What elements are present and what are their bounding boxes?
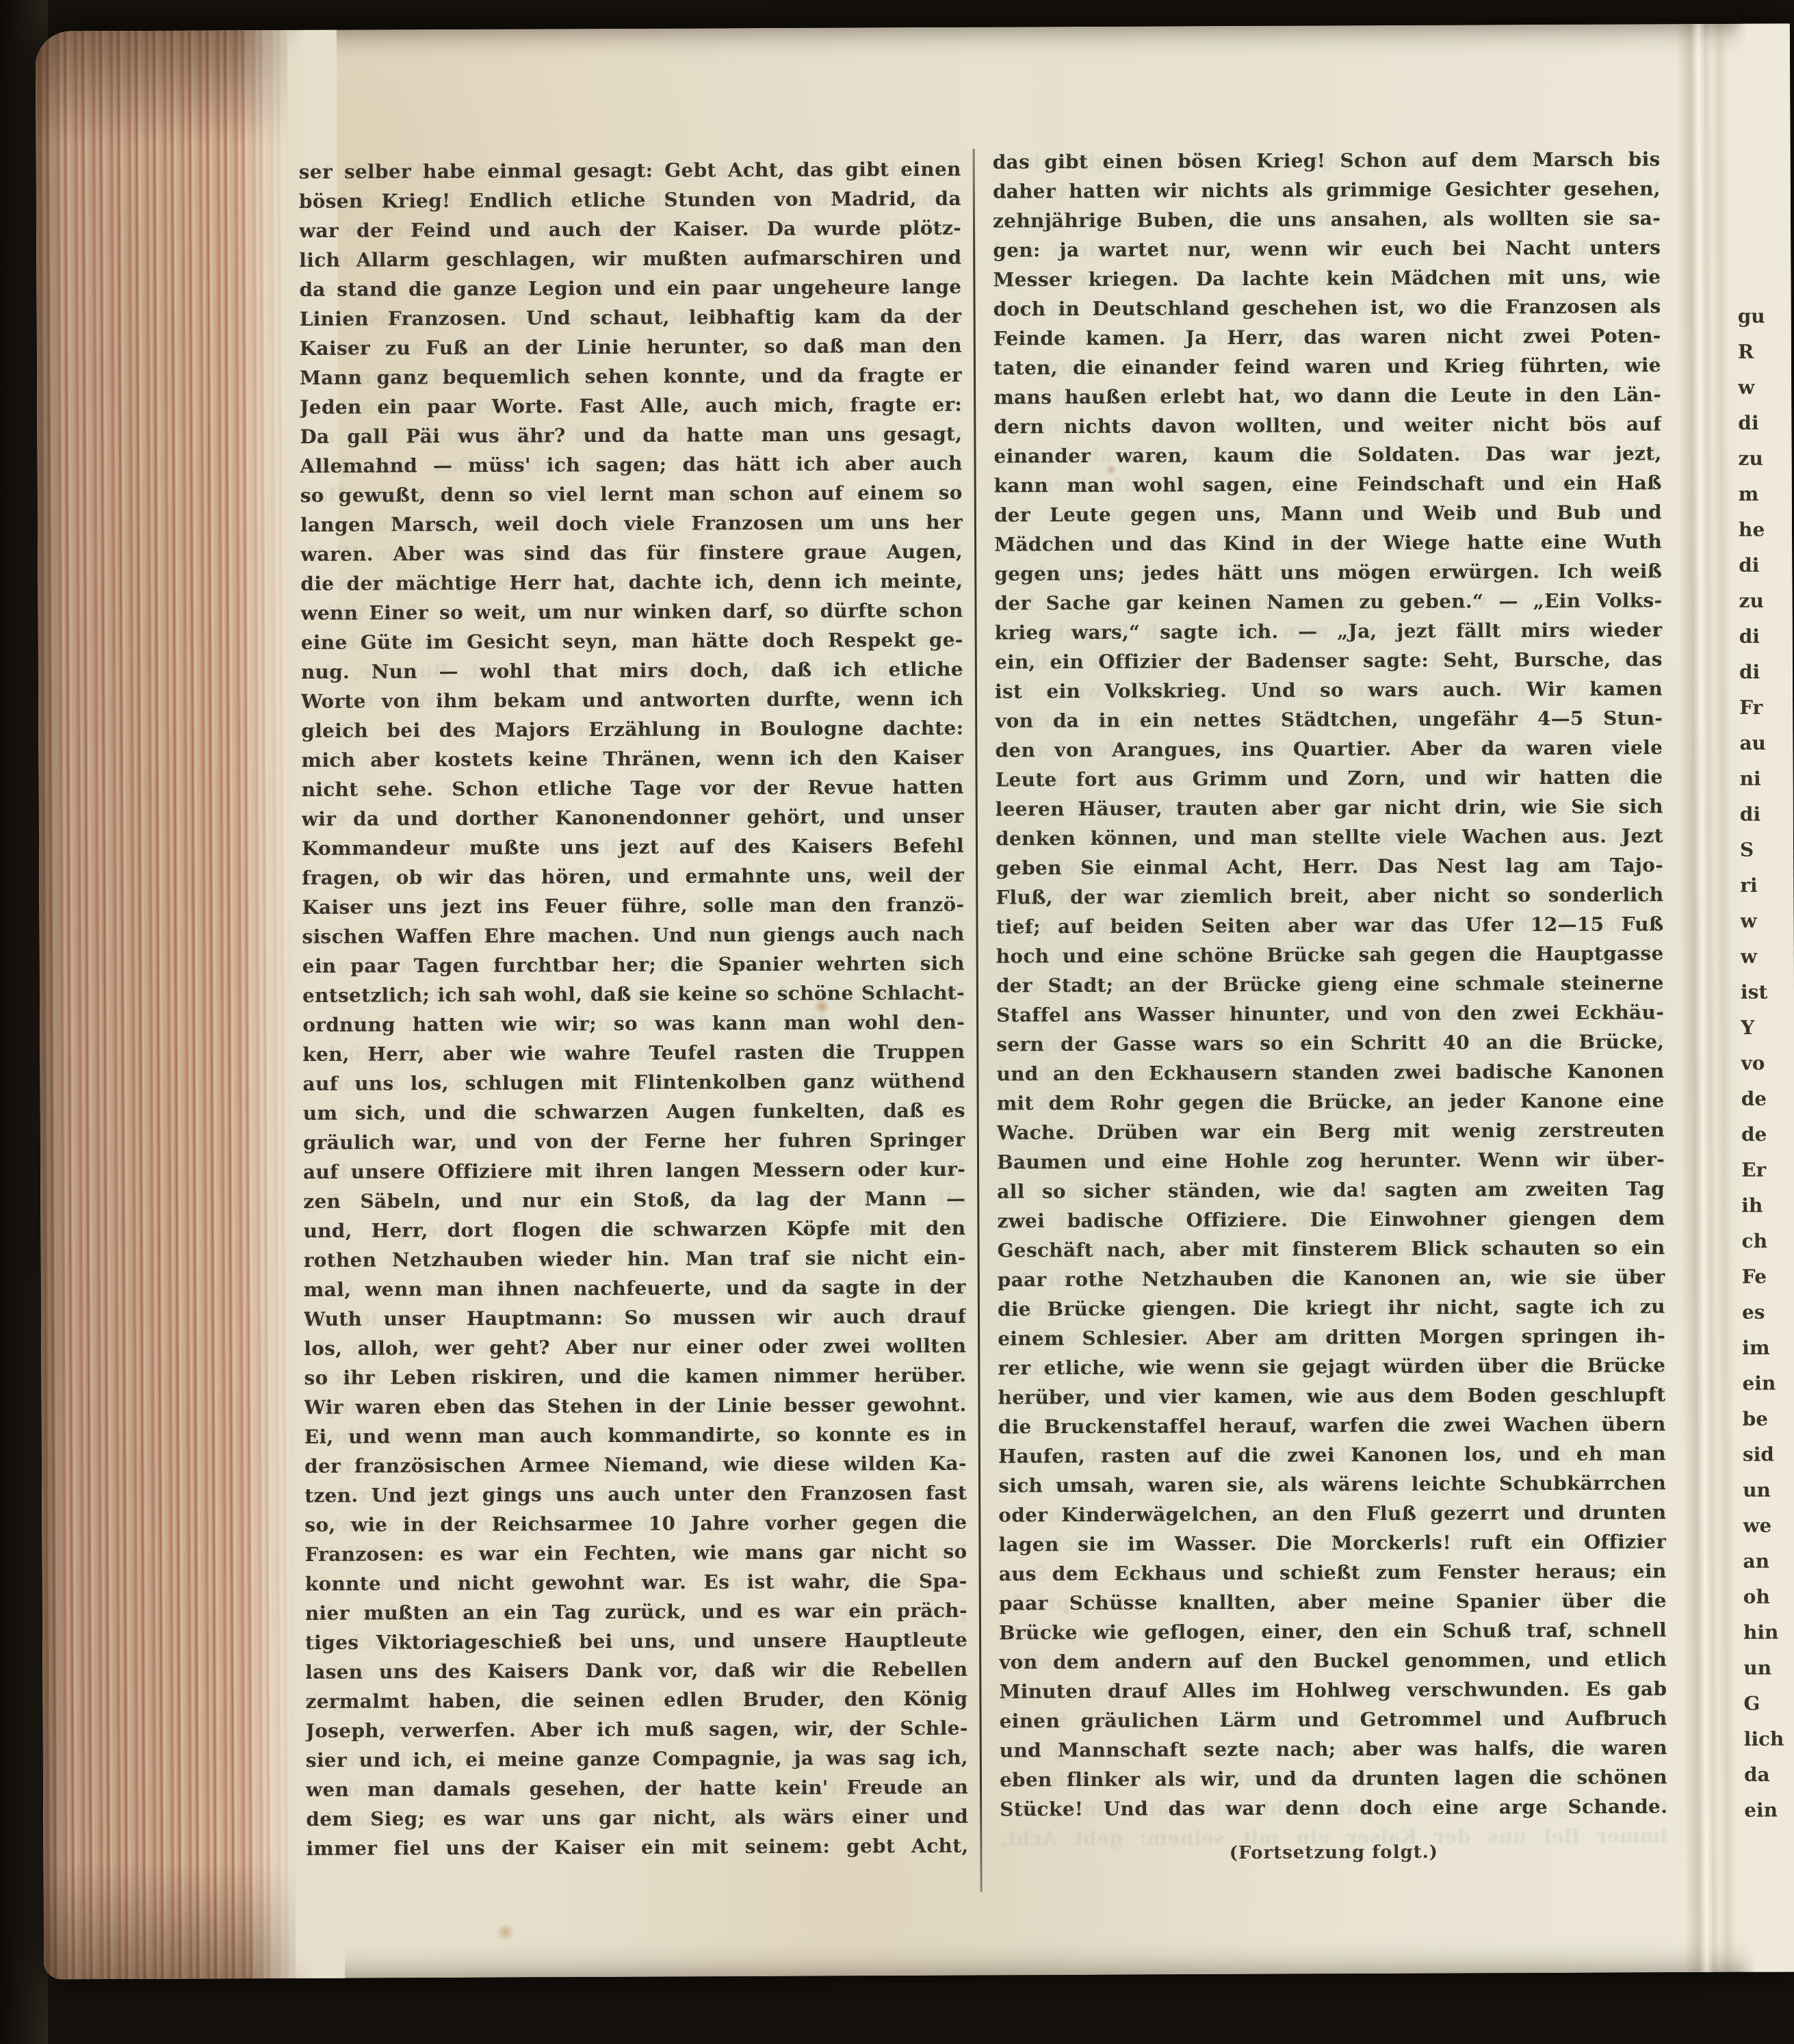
- text-line: und Mannschaft sezte nach; aber was half…: [1000, 1733, 1667, 1765]
- text-line: Da gall Päi wus ähr? und da hatte man un…: [300, 419, 962, 451]
- text-line: Worte von ihm bekam und antworten durfte…: [301, 684, 963, 716]
- column-divider-rule: [973, 149, 983, 1892]
- text-line: Wir waren eben das Stehen in der Linie b…: [304, 1390, 966, 1422]
- text-line: sich umsah, waren sie, als wärens leicht…: [998, 1468, 1666, 1500]
- text-line: oder Kinderwägelchen, an den Fluß gezerr…: [998, 1497, 1666, 1530]
- text-line: leeren Häuser, trauten aber gar nicht dr…: [996, 791, 1663, 824]
- edge-fragment: de: [1741, 1081, 1794, 1116]
- text-line: einem Schlesier. Aber am dritten Morgen …: [998, 1321, 1665, 1353]
- text-line: Geschäft nach, aber mit finsterem Blick …: [997, 1233, 1665, 1265]
- text-line: war der Feind und auch der Kaiser. Da wu…: [299, 213, 961, 246]
- edge-fragment: w: [1738, 369, 1791, 405]
- text-line: denken können, und man stellte viele Wac…: [996, 821, 1663, 853]
- text-line: ein, ein Offizier der Badenser sagte: Se…: [995, 644, 1663, 677]
- text-line: mit dem Rohr gegen die Brücke, an jeder …: [997, 1086, 1665, 1118]
- text-line: daher hatten wir nichts als grimmige Ges…: [993, 174, 1661, 206]
- text-line: immer fiel uns der Kaiser ein mit seinem…: [306, 1831, 968, 1863]
- edge-fragment: m: [1739, 476, 1792, 512]
- text-line: Fluß, der war ziemlich breit, aber nicht…: [996, 880, 1663, 912]
- text-line: konnte und nicht gewohnt war. Es ist wah…: [305, 1567, 967, 1599]
- text-line: sier und ich, ei meine ganze Compagnie, …: [306, 1743, 968, 1775]
- text-line: geben Sie einmal Acht, Herr. Das Nest la…: [996, 850, 1663, 882]
- text-line: das gibt einen bösen Krieg! Schon auf de…: [993, 144, 1661, 176]
- edge-fragment: he: [1739, 512, 1792, 547]
- text-line: wir da und dorther Kanonendonner gehört,…: [302, 802, 964, 834]
- text-line: Franzosen: es war ein Fechten, wie mans …: [304, 1537, 967, 1569]
- text-line: fragen, ob wir das hören, und ermahnte u…: [302, 861, 964, 893]
- text-line: Feinde kamen. Ja Herr, das waren nicht z…: [993, 321, 1661, 353]
- edge-fragment: R: [1738, 334, 1791, 369]
- paper-stain: [1105, 464, 1117, 475]
- continuation-note-wrap: (Fortsetzung folgt.): [1000, 1826, 1667, 1864]
- text-line: gleich bei des Majors Erzählung in Boulo…: [301, 713, 963, 746]
- text-line: taten, die einander feind waren und Krie…: [993, 350, 1661, 382]
- text-line: der Stadt; an der Brücke gieng eine schm…: [996, 968, 1664, 1000]
- edge-fragment: da: [1744, 1757, 1794, 1792]
- text-line: gräulich war, und von der Ferne her fuhr…: [303, 1125, 965, 1157]
- text-line: die Brücke giengen. Die kriegt ihr nicht…: [998, 1292, 1665, 1324]
- edge-fragment: gu: [1738, 298, 1791, 334]
- edge-fragment: ni: [1739, 761, 1793, 796]
- text-line: tiges Viktoriageschieß bei uns, und unse…: [305, 1625, 967, 1658]
- text-line: so gewußt, denn so viel lernt man schon …: [300, 478, 963, 510]
- text-line: die Bruckenstaffel herauf, warfen die zw…: [998, 1409, 1666, 1441]
- text-line: herüber, und vier kamen, wie aus dem Bod…: [998, 1380, 1665, 1412]
- edge-fragment: zu: [1739, 583, 1792, 618]
- text-line: da stand die ganze Legion und ein paar u…: [299, 272, 961, 304]
- text-line: langen Marsch, weil doch viele Franzosen…: [300, 508, 963, 540]
- text-line: ser selber habe einmal gesagt: Gebt Acht…: [299, 155, 961, 187]
- text-line: Baumen und eine Hohle zog herunter. Wenn…: [997, 1144, 1665, 1177]
- text-line: ist ein Volkskrieg. Und so wars auch. Wi…: [995, 674, 1663, 706]
- text-line: tzen. Und jezt gings uns auch unter den …: [304, 1478, 967, 1510]
- edge-fragment: sid: [1743, 1437, 1794, 1472]
- edge-fragment: au: [1739, 725, 1793, 761]
- edge-fragment: vo: [1741, 1045, 1794, 1081]
- text-line: so, wie in der Reichsarmee 10 Jahre vorh…: [304, 1508, 967, 1540]
- text-line: krieg wars,“ sagte ich. — „Ja, jezt fäll…: [995, 615, 1663, 647]
- edge-fragment: hin: [1743, 1614, 1794, 1650]
- text-line: lagen sie im Wasser. Die Morckerls! ruft…: [998, 1527, 1666, 1559]
- text-line: Allemahnd — müss' ich sagen; das hätt ic…: [300, 449, 962, 481]
- text-line: sern der Gasse wars so ein Schritt 40 an…: [996, 1027, 1664, 1059]
- edge-fragment: oh: [1743, 1579, 1794, 1614]
- text-line: und an den Eckhausern standen zwei badis…: [996, 1056, 1664, 1088]
- text-line: lich Allarm geschlagen, wir mußten aufma…: [299, 243, 961, 275]
- text-line: Wuth unser Hauptmann: So mussen wir auch…: [304, 1302, 966, 1334]
- paper-stain: [813, 999, 831, 1014]
- text-line: Wache. Drüben war ein Berg mit wenig zer…: [997, 1115, 1665, 1147]
- text-line: zen Säbeln, und nur ein Stoß, da lag der…: [303, 1184, 965, 1216]
- edge-fragment: lich: [1744, 1721, 1794, 1757]
- edge-fragment: w: [1740, 903, 1793, 939]
- text-line: rer etliche, wie wenn sie gejagt würden …: [998, 1350, 1665, 1383]
- edge-fragment: ist: [1741, 974, 1794, 1010]
- edge-fragment: Er: [1741, 1152, 1794, 1188]
- text-line: ordnung hatten wie wir; so was kann man …: [302, 1008, 965, 1040]
- text-line: von da in ein nettes Städtchen, ungefähr…: [995, 703, 1663, 735]
- text-column-right: das gibt einen bösen Krieg! Schon auf de…: [993, 144, 1668, 1824]
- edge-fragment: de: [1741, 1116, 1794, 1152]
- text-line: Messer kriegen. Da lachte kein Mädchen m…: [993, 262, 1661, 294]
- edge-fragment: ih: [1741, 1188, 1794, 1223]
- edge-fragment: ein: [1744, 1792, 1794, 1828]
- edge-fragment: w: [1741, 939, 1794, 974]
- text-line: mal, wenn man ihnen nachfeuerte, und da …: [304, 1272, 966, 1305]
- edge-fragment: di: [1740, 796, 1793, 832]
- text-line: Jeden ein paar Worte. Fast Alle, auch mi…: [300, 390, 962, 422]
- text-line: auf uns los, schlugen mit Flintenkolben …: [302, 1066, 965, 1099]
- text-line: hoch und eine schöne Brücke sah gegen di…: [996, 939, 1664, 971]
- text-line: Ei, und wenn man auch kommandirte, so ko…: [304, 1419, 967, 1452]
- text-line: paar Schüsse knallten, aber meine Spanie…: [999, 1586, 1667, 1618]
- edge-fragment: di: [1739, 618, 1793, 654]
- text-line: ein paar Tagen furchtbar her; die Spanie…: [302, 949, 965, 981]
- text-line: Mädchen und das Kind in der Wiege hatte …: [994, 527, 1662, 559]
- text-line: Stücke! Und das war denn doch eine arge …: [1000, 1792, 1667, 1824]
- text-line: nier mußten an ein Tag zurück, und es wa…: [305, 1596, 967, 1628]
- text-line: eine Güte im Gesicht seyn, man hätte doc…: [301, 625, 963, 657]
- text-line: Kaiser uns jezt ins Feuer führe, solle m…: [302, 890, 964, 922]
- text-line: mich aber kostets keine Thränen, wenn ic…: [301, 743, 963, 775]
- text-line: lasen uns des Kaisers Dank vor, daß wir …: [305, 1655, 967, 1687]
- book-page: das gibt einen bösen Krieg! Schon auf de…: [36, 23, 1794, 1979]
- text-line: und, Herr, dort flogen die schwarzen Köp…: [303, 1214, 965, 1246]
- text-line: entsetzlich; ich sah wohl, daß sie keine…: [302, 978, 965, 1010]
- text-line: doch in Deutschland geschehen ist, wo di…: [993, 291, 1661, 324]
- edge-fragment: di: [1739, 547, 1792, 583]
- edge-fragment: ch: [1741, 1223, 1794, 1259]
- text-line: nicht sehe. Schon etliche Tage vor der R…: [302, 772, 964, 804]
- text-line: mans haußen erlebt hat, wo dann die Leut…: [993, 380, 1661, 412]
- edge-fragment: ein: [1742, 1365, 1794, 1401]
- text-line: einander waren, kaum die Soldaten. Das w…: [993, 438, 1661, 471]
- edge-fragment: ri: [1740, 867, 1793, 903]
- text-line: ken, Herr, aber wie wahre Teufel rasten …: [302, 1037, 965, 1069]
- text-line: zehnjährige Buben, die uns ansahen, als …: [993, 203, 1661, 235]
- edge-fragment: Fr: [1739, 690, 1793, 725]
- text-line: Kaiser zu Fuß an der Linie herunter, so …: [300, 331, 962, 363]
- text-line: gegen uns; jedes hätt uns mögen erwürgen…: [994, 556, 1662, 588]
- text-line: der französischen Armee Niemand, wie die…: [304, 1449, 967, 1481]
- edge-fragment: di: [1739, 654, 1793, 690]
- text-line: der Leute gegen uns, Mann und Weib und B…: [994, 497, 1662, 529]
- text-line: Brücke wie geflogen, einer, den ein Schu…: [999, 1615, 1667, 1647]
- next-page-line-fragments: guRwdizumhedizudidiFraunidiSriwwistYvode…: [1738, 298, 1794, 1828]
- text-line: nug. Nun — wohl that mirs doch, daß ich …: [301, 655, 963, 687]
- scanned-book-page-screenshot: { "page": { "kind": "Gescannte Buchseite…: [0, 0, 1794, 2044]
- text-line: bösen Krieg! Endlich etliche Stunden von…: [299, 184, 961, 216]
- text-line: sischen Waffen Ehre machen. Und nun gien…: [302, 919, 964, 952]
- edge-fragment: an: [1743, 1543, 1794, 1579]
- text-line: Leute fort aus Grimm und Zorn, und wir h…: [995, 762, 1663, 794]
- text-line: aus dem Eckhaus und schießt zum Fenster …: [999, 1556, 1667, 1588]
- edge-fragment: be: [1743, 1401, 1794, 1437]
- continuation-note: (Fortsetzung folgt.): [1000, 1841, 1667, 1864]
- text-line: Joseph, verwerfen. Aber ich muß sagen, w…: [306, 1714, 968, 1746]
- edge-fragment: Y: [1741, 1010, 1794, 1045]
- edge-fragment: we: [1743, 1508, 1794, 1543]
- text-line: der Sache gar keinen Namen zu geben.“ — …: [994, 586, 1662, 618]
- edge-fragment: im: [1742, 1330, 1794, 1365]
- edge-fragment: zu: [1738, 441, 1791, 476]
- text-line: tief; auf beiden Seiten aber war das Ufe…: [996, 909, 1663, 941]
- text-line: Kommandeur mußte uns jezt auf des Kaiser…: [302, 831, 964, 863]
- text-line: Minuten drauf Alles im Hohlweg verschwun…: [999, 1674, 1667, 1706]
- text-line: den von Arangues, ins Quartier. Aber da …: [995, 733, 1663, 765]
- text-line: wen man damals gesehen, der hatte kein' …: [306, 1772, 968, 1805]
- paper-stain: [495, 1924, 516, 1941]
- edge-fragment: Fe: [1742, 1259, 1794, 1294]
- edge-fragment: S: [1740, 832, 1793, 867]
- text-line: eben flinker als wir, und da drunten lag…: [1000, 1762, 1667, 1794]
- edge-fragment: un: [1743, 1650, 1794, 1686]
- edge-fragment: un: [1743, 1472, 1794, 1508]
- text-line: zwei badische Offiziere. Die Einwohner g…: [997, 1203, 1665, 1235]
- edge-fragment: es: [1742, 1294, 1794, 1330]
- text-line: paar rothe Netzhauben die Kanonen an, wi…: [998, 1262, 1665, 1294]
- text-line: Staffel ans Wasser hinunter, und von den…: [996, 997, 1664, 1030]
- text-line: Mann ganz bequemlich sehen konnte, und d…: [300, 361, 962, 393]
- text-line: dern nichts davon wollten, und weiter ni…: [993, 409, 1661, 441]
- edge-fragment: di: [1738, 405, 1791, 441]
- text-line: Haufen, rasten auf die zwei Kanonen los,…: [998, 1439, 1666, 1471]
- text-line: zermalmt haben, die seinen edlen Bruder,…: [305, 1684, 967, 1716]
- text-column-left: ser selber habe einmal gesagt: Gebt Acht…: [299, 155, 969, 1863]
- text-line: dem Sieg; es war uns gar nicht, als wärs…: [306, 1802, 968, 1834]
- text-line: einen gräulichen Lärm und Getrommel und …: [999, 1703, 1667, 1735]
- text-line: so ihr Leben riskiren, und die kamen nim…: [304, 1361, 966, 1393]
- text-line: rothen Netzhauben wieder hin. Man traf s…: [304, 1243, 966, 1275]
- edge-fragment: G: [1743, 1686, 1794, 1721]
- text-line: waren. Aber was sind das für finstere gr…: [300, 537, 963, 569]
- text-line: all so sicher ständen, wie da! sagten am…: [997, 1174, 1665, 1206]
- text-line: los, alloh, wer geht? Aber nur einer ode…: [304, 1331, 966, 1363]
- text-line: kann man wohl sagen, eine Feindschaft un…: [994, 468, 1662, 500]
- text-line: gen: ja wartet nur, wenn wir euch bei Na…: [993, 233, 1661, 265]
- text-line: Linien Franzosen. Und schaut, leibhaftig…: [300, 302, 962, 334]
- text-line: die der mächtige Herr hat, dachte ich, d…: [300, 566, 963, 599]
- text-line: auf unsere Offiziere mit ihren langen Me…: [303, 1155, 965, 1187]
- text-line: von dem andern auf den Buckel genommen, …: [999, 1645, 1667, 1677]
- text-line: wenn Einer so weit, um nur winken darf, …: [300, 596, 963, 628]
- text-line: um sich, und die schwarzen Augen funkelt…: [303, 1096, 965, 1128]
